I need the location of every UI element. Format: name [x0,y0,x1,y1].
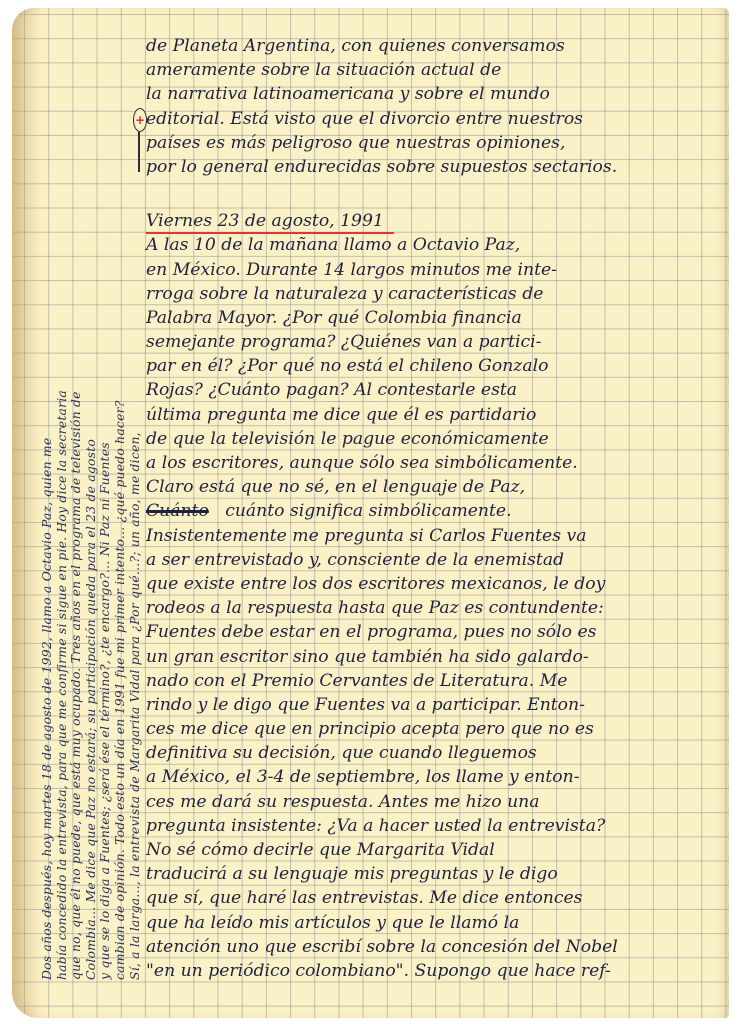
entry-line: A las 10 de la mañana llamo a Octavio Pa… [146,233,726,257]
entry-line: traducirá a su lenguaje mis preguntas y … [146,862,726,886]
page-stack-edge [12,8,42,1018]
entry-line: Palabra Mayor. ¿Por qué Colombia financi… [146,306,726,330]
entry-line: rroga sobre la naturaleza y característi… [146,282,726,306]
entry-line: par en él? ¿Por qué no está el chileno G… [146,354,726,378]
entry-line: última pregunta me dice que él es partid… [146,403,726,427]
insertion-marker-icon: + [133,108,147,132]
struck-word: Cuánto [146,501,209,521]
margin-line: había concedido la entrevista, para que … [55,20,70,980]
entry-line: a México, el 3-4 de septiembre, los llam… [146,765,726,789]
entry-line: Fuentes debe estar en el programa, pues … [146,620,726,644]
entry-line: rodeos a la respuesta hasta que Paz es c… [146,596,726,620]
margin-line: cambian de opinión. Todo esto un día en … [113,20,128,980]
entry-line: que existe entre los dos escritores mexi… [146,572,726,596]
entry-line: semejante programa? ¿Quiénes van a parti… [146,330,726,354]
entry-line: ces me dice que en principio acepta pero… [146,717,726,741]
entry-line: Insistentemente me pregunta si Carlos Fu… [146,524,726,548]
margin-note: Dos años después, hoy martes 18 de agost… [40,20,140,980]
entry-line: Rojas? ¿Cuánto pagan? Al contestarle est… [146,378,726,402]
page-corner [729,0,743,20]
continuation-line: por lo general endurecidas sobre supuest… [146,155,726,179]
margin-line: Dos años después, hoy martes 18 de agost… [40,20,55,980]
diary-entry: de Planeta Argentina, con quienes conver… [146,34,726,983]
entry-line: pregunta insistente: ¿Va a hacer usted l… [146,814,726,838]
entry-line: Claro está que no sé, en el lenguaje de … [146,475,726,499]
entry-line: No sé cómo decirle que Margarita Vidal [146,838,726,862]
entry-line: ces me dará su respuesta. Antes me hizo … [146,790,726,814]
continuation-line: ameramente sobre la situación actual de [146,58,726,82]
entry-line: a los escritores, aunque sólo sea simból… [146,451,726,475]
entry-line: de que la televisión le pague económicam… [146,427,726,451]
red-cross-icon: + [135,113,145,127]
entry-line: atención uno que escribí sobre la conces… [146,935,726,959]
margin-line: Colombia... Me dice que Paz no estará; s… [84,20,99,980]
entry-line: un gran escritor sino que también ha sid… [146,645,726,669]
date-heading: Viernes 23 de agosto, 1991 [146,210,394,234]
spacer [146,179,726,209]
entry-line-text: cuánto significa simbólicamente. [225,501,511,521]
entry-line: en México. Durante 14 largos minutos me … [146,258,726,282]
margin-line: y que se lo diga a Fuentes; ¿será ése el… [98,20,113,980]
entry-line: rindo y le digo que Fuentes va a partici… [146,693,726,717]
margin-note-text: Dos años después, hoy martes 18 de agost… [40,20,140,980]
margin-line: que no, que él no puede, que está muy oc… [69,20,84,980]
continuation-line: la narrativa latinoamericana y sobre el … [146,82,726,106]
continuation-line: de Planeta Argentina, con quienes conver… [146,34,726,58]
entry-line-with-strikethrough: Cuánto cuánto significa simbólicamente. [146,499,726,523]
entry-line: que sí, que haré las entrevistas. Me dic… [146,886,726,910]
continuation-line: países es más peligroso que nuestras opi… [146,131,726,155]
entry-line: nado con el Premio Cervantes de Literatu… [146,669,726,693]
entry-line: a ser entrevistado y, consciente de la e… [146,548,726,572]
entry-line: "en un periódico colombiano". Supongo qu… [146,959,726,983]
date-heading-row: Viernes 23 de agosto, 1991 [146,209,726,233]
insertion-arrow-icon [138,132,140,172]
continuation-line: editorial. Está visto que el divorcio en… [146,107,726,131]
entry-line: definitiva su decisión, que cuando llegu… [146,741,726,765]
entry-line: que ha leído mis artículos y que le llam… [146,911,726,935]
